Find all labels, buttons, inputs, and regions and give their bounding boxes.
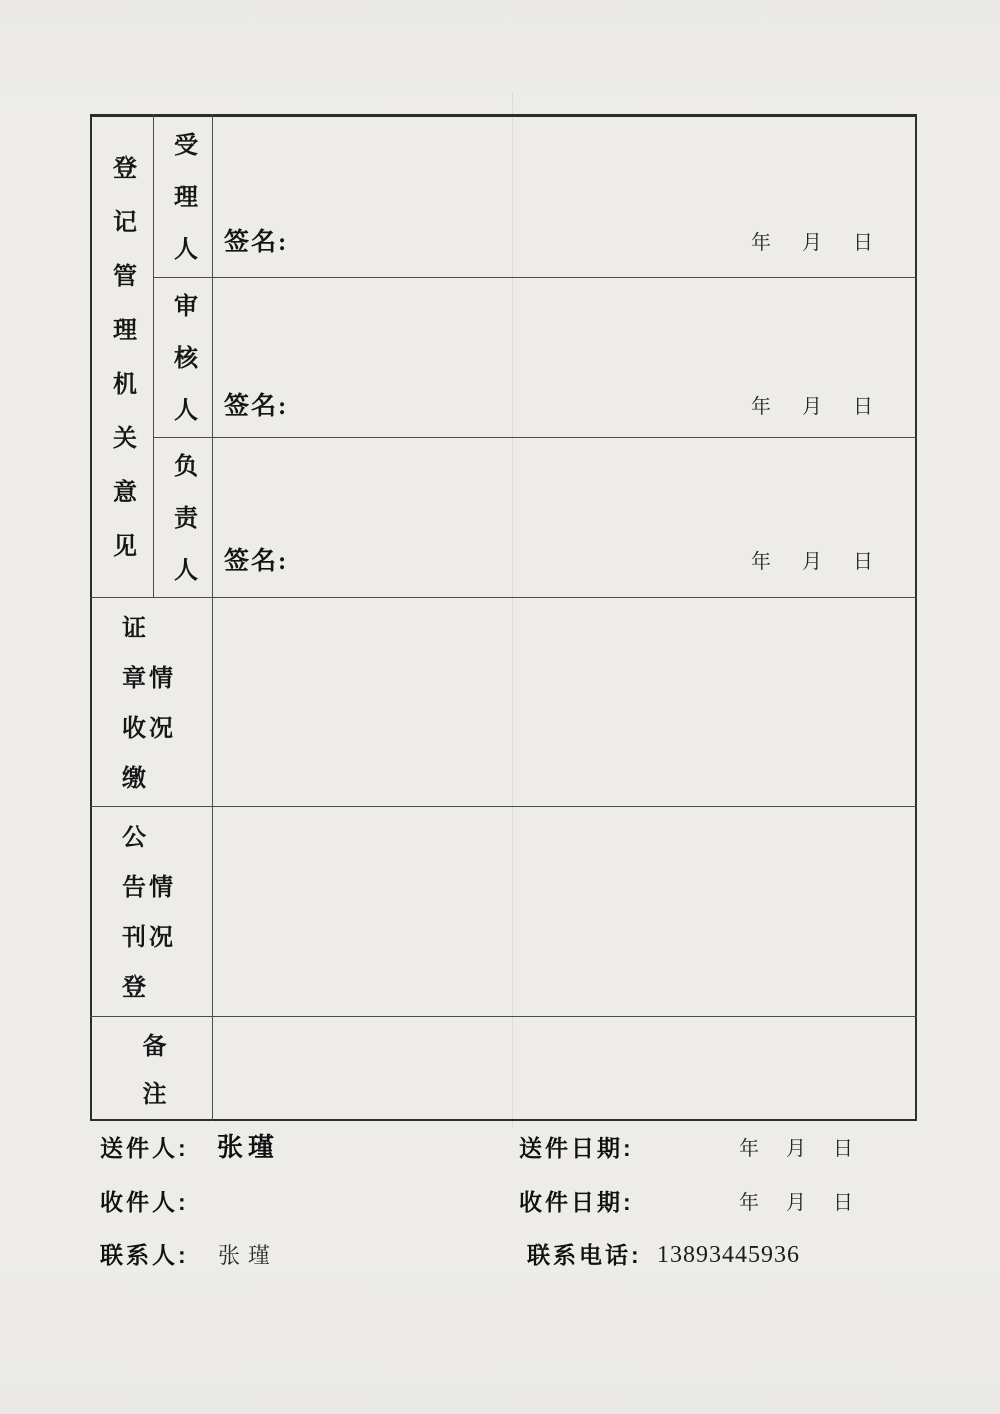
table-divider-section-remarks xyxy=(90,1016,917,1017)
receiver-label: 收件人: xyxy=(100,1187,189,1217)
remarks-label: 备注 xyxy=(139,1033,163,1129)
receive-date-label: 收件日期: xyxy=(519,1187,634,1217)
send-date-label: 送件日期: xyxy=(519,1133,634,1163)
table-divider-row-acceptor xyxy=(153,277,917,278)
date-placeholder-acceptor: 年 月 日 xyxy=(751,228,886,258)
table-divider-vertical-2 xyxy=(212,114,213,1121)
acceptor-role-label: 受理人 xyxy=(171,132,195,288)
sign-label-reviewer: 签名: xyxy=(224,392,288,422)
send-date-placeholder: 年 月 日 xyxy=(739,1134,864,1164)
date-placeholder-reviewer: 年 月 日 xyxy=(751,392,886,422)
seal-collection-label-side: 情况 xyxy=(146,665,170,765)
table-divider-section-announcement xyxy=(90,806,917,807)
announcement-label-side: 情况 xyxy=(146,874,170,974)
seal-collection-header-cell: 证章收缴 情况 xyxy=(90,597,212,806)
contact-phone-label: 联系电话: xyxy=(527,1240,642,1270)
sign-label-responsible: 签名: xyxy=(224,547,288,577)
form-table-border xyxy=(90,114,917,1121)
sign-label-acceptor: 签名: xyxy=(224,228,288,258)
table-divider-row-reviewer xyxy=(153,437,917,438)
announcement-label-main: 公告刊登 xyxy=(119,824,143,1024)
acceptor-role-cell: 受理人 xyxy=(153,114,212,277)
announcement-header-cell: 公告刊登 情况 xyxy=(90,806,212,1016)
sender-label: 送件人: xyxy=(100,1133,189,1163)
responsible-role-cell: 负责人 xyxy=(153,437,212,597)
authority-opinion-vertical-label: 登记管理机关意见 xyxy=(110,155,134,587)
contact-label: 联系人: xyxy=(100,1240,189,1270)
reviewer-role-label: 审核人 xyxy=(171,293,195,449)
authority-opinion-header-cell: 登记管理机关意见 xyxy=(90,114,153,597)
scanned-form-page: 登记管理机关意见 受理人 审核人 负责人 签名: 年 月 日 签名: 年 月 日… xyxy=(0,0,1000,1414)
contact-phone-value: 13893445936 xyxy=(657,1240,800,1270)
seal-collection-label-main: 证章收缴 xyxy=(119,615,143,815)
reviewer-role-cell: 审核人 xyxy=(153,277,212,437)
sender-value: 张瑾 xyxy=(217,1132,279,1162)
date-placeholder-responsible: 年 月 日 xyxy=(751,547,886,577)
remarks-header-cell: 备注 xyxy=(90,1016,212,1121)
table-divider-section-seal xyxy=(90,597,917,598)
receive-date-placeholder: 年 月 日 xyxy=(739,1188,864,1218)
responsible-role-label: 负责人 xyxy=(171,453,195,609)
contact-value: 张瑾 xyxy=(218,1241,278,1271)
